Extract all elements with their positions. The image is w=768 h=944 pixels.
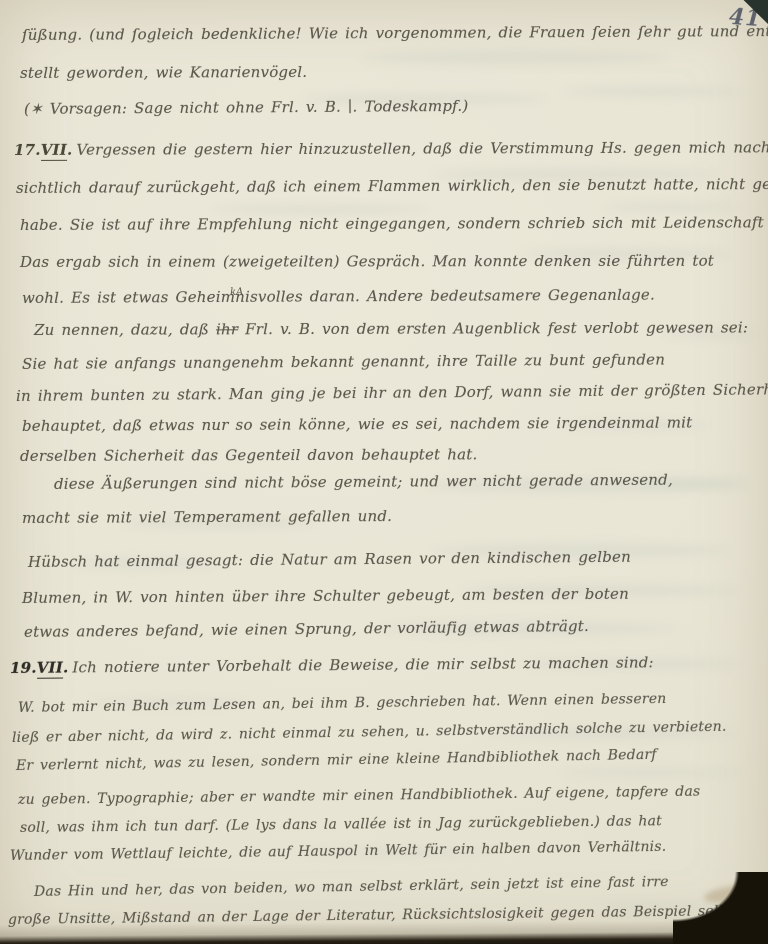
handwritten-line: Wunder vom Wettlauf leichte, die auf Hau… bbox=[10, 839, 667, 864]
line-text: Zu nennen, dazu, daß ihr Frl. v. B. von … bbox=[34, 319, 748, 339]
line-text: habe. Sie ist auf ihre Empfehlung nicht … bbox=[20, 213, 768, 234]
handwritten-line: Blumen, in W. von hinten über ihre Schul… bbox=[22, 585, 629, 607]
handwritten-line: etwas anderes befand, wie einen Sprung, … bbox=[24, 617, 589, 641]
line-text: zu geben. Typographie; aber er wandte mi… bbox=[18, 784, 701, 808]
line-text: sichtlich darauf zurückgeht, daß ich ein… bbox=[16, 175, 768, 197]
line-text: behauptet, daß etwas nur so sein könne, … bbox=[22, 413, 692, 435]
handwritten-line: ſüßung. (und ſogleich bedenkliche! Wie i… bbox=[22, 22, 768, 44]
handwritten-line: Zu nennen, dazu, daß ihr Frl. v. B. von … bbox=[34, 319, 748, 339]
line-text: soll, was ihm ich tun darf. (Le lys dans… bbox=[20, 813, 662, 836]
handwritten-line: Er verlernt nicht, was zu lesen, sondern… bbox=[16, 747, 657, 774]
bleedthrough-smudge bbox=[560, 86, 740, 97]
bleedthrough-smudge bbox=[560, 768, 740, 777]
handwritten-line: (✶ Vorsagen: Sage nicht ohne Frl. v. B. … bbox=[24, 97, 468, 118]
handwritten-line: W. bot mir ein Buch zum Lesen an, bei ih… bbox=[18, 691, 667, 716]
manuscript-page: 41 ſüßung. (und ſogleich bedenkliche! Wi… bbox=[0, 0, 768, 944]
handwritten-line: sichtlich darauf zurückgeht, daß ich ein… bbox=[16, 175, 768, 197]
line-text: wohl. Es ist etwas Geheimnisvolles daran… bbox=[22, 286, 655, 307]
bleedthrough-smudge bbox=[600, 202, 740, 212]
line-text: derselben Sicherheit das Gegenteil davon… bbox=[20, 445, 478, 465]
handwritten-line: Sie hat sie anfangs unangenehm bekannt g… bbox=[22, 351, 665, 373]
line-text: in ihrem bunten zu stark. Man ging je be… bbox=[16, 380, 768, 405]
handwritten-line: Hübsch hat einmal gesagt: die Natur am R… bbox=[28, 548, 631, 571]
line-text: ſüßung. (und ſogleich bedenkliche! Wie i… bbox=[22, 22, 768, 44]
page-edge-shadow-bottom bbox=[0, 920, 768, 944]
handwritten-line: soll, was ihm ich tun darf. (Le lys dans… bbox=[20, 813, 662, 836]
entry-date: 19.VII. bbox=[10, 658, 73, 677]
bleedthrough-smudge bbox=[360, 50, 670, 65]
handwritten-line: 17.VII.Vergessen die gestern hier hinzuz… bbox=[14, 138, 768, 159]
line-text: Blumen, in W. von hinten über ihre Schul… bbox=[22, 585, 629, 607]
handwritten-line: macht sie mit viel Temperament gefallen … bbox=[22, 507, 392, 527]
line-text: Das Hin und her, das von beiden, wo man … bbox=[34, 874, 669, 900]
handwritten-line: 19.VII.Ich notiere unter Vorbehalt die B… bbox=[10, 653, 654, 677]
line-text: (✶ Vorsagen: Sage nicht ohne Frl. v. B. … bbox=[24, 97, 468, 118]
page-corner-shadow-bottomright bbox=[673, 872, 768, 944]
interline-insertion-note: kA bbox=[230, 287, 244, 298]
line-text: Er verlernt nicht, was zu lesen, sondern… bbox=[16, 747, 657, 774]
handwritten-line: ließ er aber nicht, da wird z. nicht ein… bbox=[12, 719, 727, 746]
line-text: Ich notiere unter Vorbehalt die Beweise,… bbox=[72, 653, 654, 676]
line-text: Sie hat sie anfangs unangenehm bekannt g… bbox=[22, 351, 665, 373]
line-text: macht sie mit viel Temperament gefallen … bbox=[22, 507, 392, 527]
entry-date: 17.VII. bbox=[14, 141, 76, 159]
handwritten-line: zu geben. Typographie; aber er wandte mi… bbox=[18, 784, 701, 808]
line-text: Vergessen die gestern hier hinzuzustelle… bbox=[76, 138, 768, 158]
line-text: ließ er aber nicht, da wird z. nicht ein… bbox=[12, 719, 727, 746]
line-text: Wunder vom Wettlauf leichte, die auf Hau… bbox=[10, 839, 667, 864]
handwritten-line: derselben Sicherheit das Gegenteil davon… bbox=[20, 445, 478, 465]
line-text: etwas anderes befand, wie einen Sprung, … bbox=[24, 617, 589, 641]
handwritten-line: Das ergab sich in einem (zweigeteilten) … bbox=[20, 252, 714, 271]
handwritten-line: stellt geworden, wie Kanarienvögel. bbox=[20, 63, 307, 82]
line-text: Das ergab sich in einem (zweigeteilten) … bbox=[20, 252, 714, 271]
bleedthrough-smudge bbox=[210, 204, 430, 215]
line-text: W. bot mir ein Buch zum Lesen an, bei ih… bbox=[18, 691, 667, 716]
handwritten-line: wohl. Es ist etwas Geheimnisvolles daran… bbox=[22, 286, 655, 307]
handwritten-line: habe. Sie ist auf ihre Empfehlung nicht … bbox=[20, 213, 768, 234]
handwritten-line: Das Hin und her, das von beiden, wo man … bbox=[34, 874, 669, 900]
handwritten-line: behauptet, daß etwas nur so sein könne, … bbox=[22, 413, 692, 435]
line-text: Hübsch hat einmal gesagt: die Natur am R… bbox=[28, 548, 631, 571]
line-text: stellt geworden, wie Kanarienvögel. bbox=[20, 63, 307, 82]
handwritten-line: in ihrem bunten zu stark. Man ging je be… bbox=[16, 380, 768, 405]
